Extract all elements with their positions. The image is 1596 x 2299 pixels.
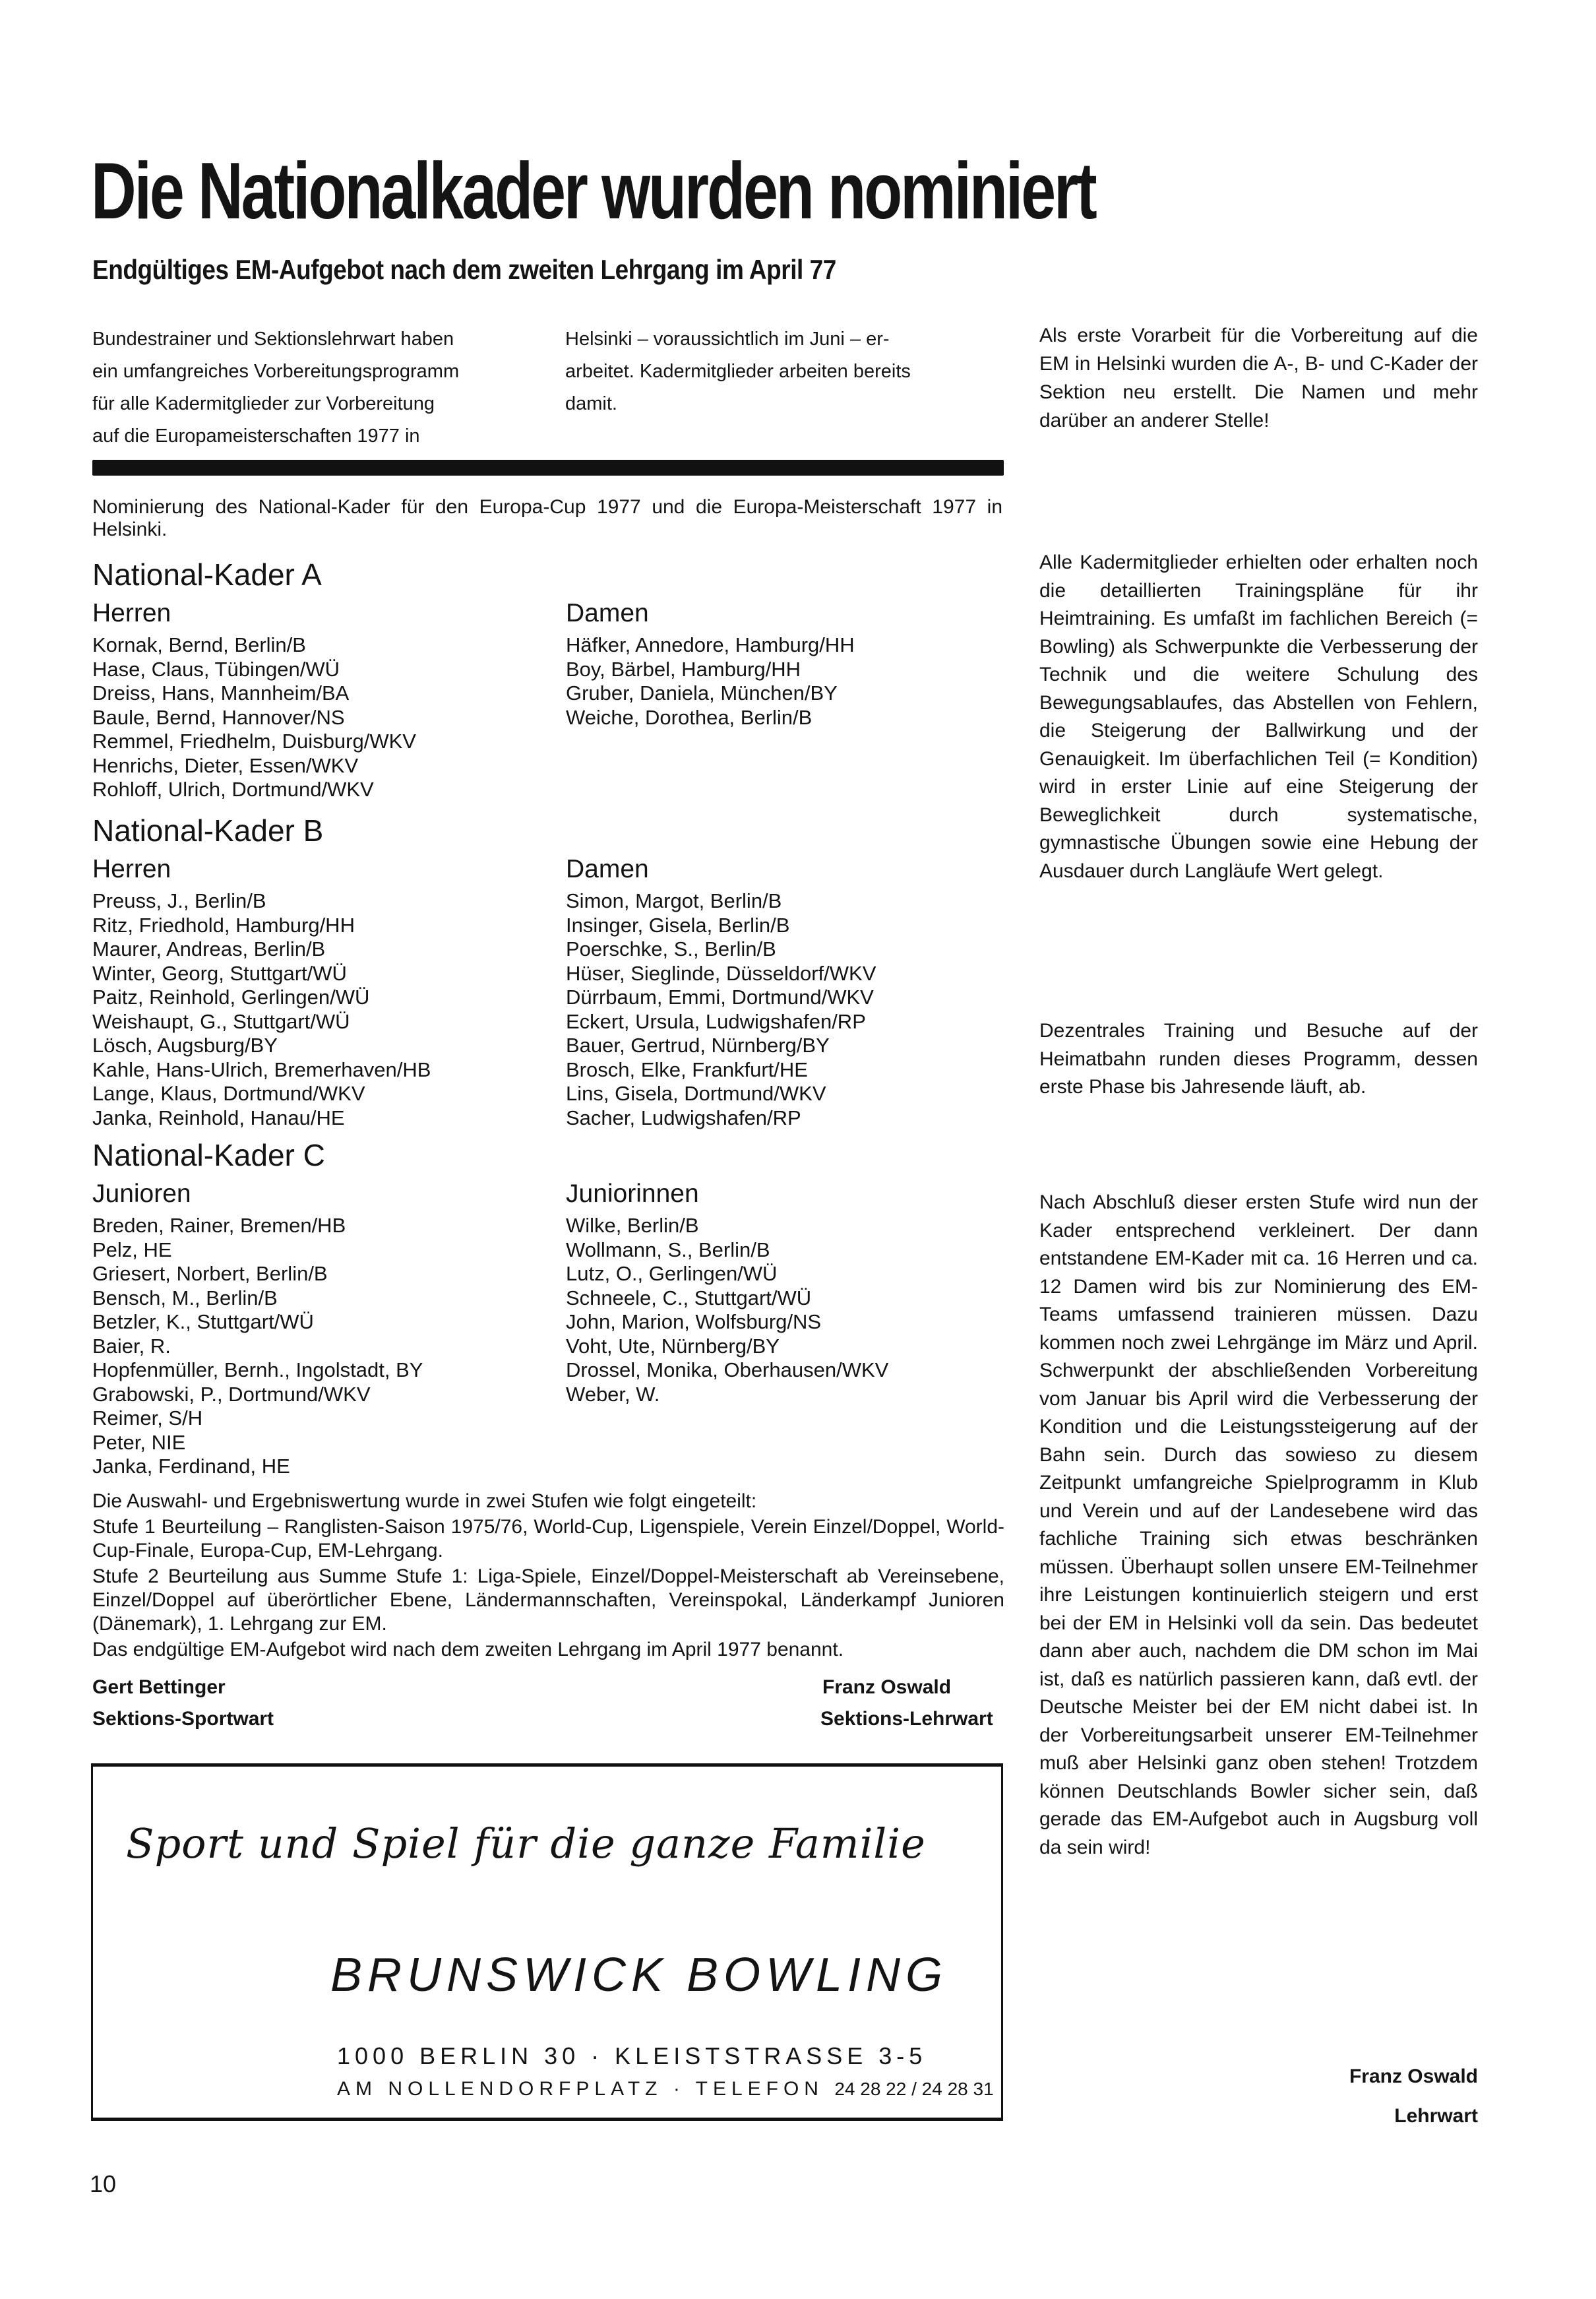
list-item: Hopfenmüller, Bernh., Ingolstadt, BY (92, 1358, 423, 1383)
signature-right-name: Franz Oswald (820, 1672, 993, 1703)
ad-slogan: Sport und Spiel für die ganze Familie (126, 1819, 926, 1868)
list-item: Wollmann, S., Berlin/B (566, 1238, 888, 1263)
list-item: Weishaupt, G., Stuttgart/WÜ (92, 1010, 431, 1034)
criteria-stufe-2: Stufe 2 Beurteilung aus Summe Stufe 1: L… (92, 1565, 1004, 1636)
criteria-stufe-1: Stufe 1 Beurteilung – Ranglisten-Saison … (92, 1515, 1004, 1563)
list-item: Maurer, Andreas, Berlin/B (92, 937, 431, 962)
kader-a-damen-list: Häfker, Annedore, Hamburg/HH Boy, Bärbel… (566, 633, 855, 730)
list-item: Dreiss, Hans, Mannheim/BA (92, 681, 416, 706)
list-item: Grabowski, P., Dortmund/WKV (92, 1383, 423, 1407)
right-column-para-3: Nach Abschluß dieser ersten Stufe wird n… (1039, 1189, 1478, 1862)
intro-line: ein umfangreiches Vorbereitungsprogramm (92, 356, 538, 388)
intro-line: damit. (565, 388, 1006, 420)
kader-a-herren-list: Kornak, Bernd, Berlin/B Hase, Claus, Tüb… (92, 633, 416, 802)
list-item: Weber, W. (566, 1383, 888, 1407)
page-number: 10 (90, 2170, 116, 2198)
kader-a-herren-heading: Herren (92, 600, 171, 626)
signature-left-name: Gert Bettinger (92, 1672, 274, 1703)
list-item: Simon, Margot, Berlin/B (566, 889, 876, 914)
subheadline: Endgültiges EM-Aufgebot nach dem zweiten… (92, 256, 836, 284)
right-column-text-2: Dezentrales Training und Besuche auf der… (1039, 1017, 1478, 1102)
kader-b-damen-list: Simon, Margot, Berlin/B Insinger, Gisela… (566, 889, 876, 1130)
list-item: Voht, Ute, Nürnberg/BY (566, 1335, 888, 1359)
kader-b-damen-heading: Damen (566, 856, 649, 882)
intro-line: Helsinki – voraussichtlich im Juni – er- (565, 323, 1006, 356)
kader-a-title: National-Kader A (92, 559, 322, 590)
right-column-text-1: Alle Kadermitglieder erhielten oder erha… (1039, 549, 1478, 885)
kader-c-title: National-Kader C (92, 1140, 325, 1170)
signature-right-role: Sektions-Lehrwart (820, 1703, 993, 1735)
list-item: Brosch, Elke, Frankfurt/HE (566, 1058, 876, 1083)
kader-c-junioren-heading: Junioren (92, 1181, 191, 1207)
list-item: Eckert, Ursula, Ludwigshafen/RP (566, 1010, 876, 1034)
intro-line: Bundestrainer und Sektionslehrwart haben (92, 323, 538, 356)
list-item: Dürrbaum, Emmi, Dortmund/WKV (566, 986, 876, 1010)
kader-a-damen-heading: Damen (566, 600, 649, 626)
intro-column-2: Helsinki – voraussichtlich im Juni – er-… (565, 323, 1006, 420)
list-item: Hüser, Sieglinde, Düsseldorf/WKV (566, 962, 876, 986)
list-item: Janka, Ferdinand, HE (92, 1455, 423, 1479)
right-column-para-1: Alle Kadermitglieder erhielten oder erha… (1039, 549, 1478, 885)
headline: Die Nationalkader wurden nominiert (91, 150, 1095, 231)
right-signature-role: Lehrwart (1039, 2096, 1478, 2136)
right-column-text-3: Nach Abschluß dieser ersten Stufe wird n… (1039, 1189, 1478, 1862)
list-item: Preuss, J., Berlin/B (92, 889, 431, 914)
list-item: Sacher, Ludwigshafen/RP (566, 1106, 876, 1131)
list-item: Gruber, Daniela, München/BY (566, 681, 855, 706)
list-item: Reimer, S/H (92, 1406, 423, 1431)
intro-column-1: Bundestrainer und Sektionslehrwart haben… (92, 323, 538, 453)
list-item: Rohloff, Ulrich, Dortmund/WKV (92, 778, 416, 802)
kader-b-herren-list: Preuss, J., Berlin/B Ritz, Friedhold, Ha… (92, 889, 431, 1130)
signature-left: Gert Bettinger Sektions-Sportwart (92, 1672, 274, 1735)
selection-criteria: Die Auswahl- und Ergebniswertung wurde i… (92, 1490, 1004, 1664)
list-item: Baier, R. (92, 1335, 423, 1359)
ad-address-line-2: AM NOLLENDORFPLATZ · TELEFON 24 28 22 / … (337, 2078, 994, 2100)
list-item: Weiche, Dorothea, Berlin/B (566, 706, 855, 730)
intro-right-text: Als erste Vorarbeit für die Vorbereitung… (1039, 321, 1478, 435)
list-item: Boy, Bärbel, Hamburg/HH (566, 658, 855, 682)
kader-c-juniorinnen-list: Wilke, Berlin/B Wollmann, S., Berlin/B L… (566, 1214, 888, 1406)
list-item: Janka, Reinhold, Hanau/HE (92, 1106, 431, 1131)
list-item: Peter, NIE (92, 1431, 423, 1455)
list-item: Breden, Rainer, Bremen/HB (92, 1214, 423, 1238)
list-item: Schneele, C., Stuttgart/WÜ (566, 1286, 888, 1311)
list-item: Remmel, Friedhelm, Duisburg/WKV (92, 730, 416, 754)
list-item: Wilke, Berlin/B (566, 1214, 888, 1238)
ad-address-line-1: 1000 BERLIN 30 · KLEISTSTRASSE 3-5 (337, 2042, 927, 2070)
criteria-intro: Die Auswahl- und Ergebniswertung wurde i… (92, 1490, 1004, 1513)
kader-c-juniorinnen-heading: Juniorinnen (566, 1181, 699, 1207)
intro-line: für alle Kadermitglieder zur Vorbereitun… (92, 388, 538, 420)
intro-line: auf die Europameisterschaften 1977 in (92, 420, 538, 453)
list-item: Lange, Klaus, Dortmund/WKV (92, 1082, 431, 1106)
list-item: Lutz, O., Gerlingen/WÜ (566, 1262, 888, 1286)
list-item: Poerschke, S., Berlin/B (566, 937, 876, 962)
list-item: Lösch, Augsburg/BY (92, 1034, 431, 1058)
kader-b-title: National-Kader B (92, 815, 323, 846)
ad-address-text: AM NOLLENDORFPLATZ · TELEFON (337, 2078, 824, 2100)
list-item: Henrichs, Dieter, Essen/WKV (92, 754, 416, 778)
list-item: Paitz, Reinhold, Gerlingen/WÜ (92, 986, 431, 1010)
list-item: Bauer, Gertrud, Nürnberg/BY (566, 1034, 876, 1058)
signature-right: Franz Oswald Sektions-Lehrwart (820, 1672, 993, 1735)
divider-bar (92, 460, 1004, 476)
list-item: Lins, Gisela, Dortmund/WKV (566, 1082, 876, 1106)
signature-left-role: Sektions-Sportwart (92, 1703, 274, 1735)
list-item: Insinger, Gisela, Berlin/B (566, 914, 876, 938)
list-item: Kornak, Bernd, Berlin/B (92, 633, 416, 658)
list-item: Häfker, Annedore, Hamburg/HH (566, 633, 855, 658)
list-item: Betzler, K., Stuttgart/WÜ (92, 1310, 423, 1335)
brunswick-advertisement: Sport und Spiel für die ganze Familie BR… (91, 1763, 1003, 2121)
right-signature-name: Franz Oswald (1039, 2057, 1478, 2096)
ad-brand: BRUNSWICK BOWLING (330, 1948, 948, 2002)
list-item: Winter, Georg, Stuttgart/WÜ (92, 962, 431, 986)
intro-right-paragraph: Als erste Vorarbeit für die Vorbereitung… (1039, 321, 1478, 435)
intro-line: arbeitet. Kadermitglieder arbeiten berei… (565, 356, 1006, 388)
criteria-final: Das endgültige EM-Aufgebot wird nach dem… (92, 1638, 1004, 1662)
kader-b-herren-heading: Herren (92, 856, 171, 882)
nomination-text: Nominierung des National-Kader für den E… (92, 496, 1002, 541)
list-item: Kahle, Hans-Ulrich, Bremerhaven/HB (92, 1058, 431, 1083)
kader-c-junioren-list: Breden, Rainer, Bremen/HB Pelz, HE Gries… (92, 1214, 423, 1479)
ad-phone: 24 28 22 / 24 28 31 (834, 2079, 993, 2099)
list-item: Pelz, HE (92, 1238, 423, 1263)
list-item: Bensch, M., Berlin/B (92, 1286, 423, 1311)
right-column-para-2: Dezentrales Training und Besuche auf der… (1039, 1017, 1478, 1102)
list-item: Hase, Claus, Tübingen/WÜ (92, 658, 416, 682)
list-item: Drossel, Monika, Oberhausen/WKV (566, 1358, 888, 1383)
list-item: John, Marion, Wolfsburg/NS (566, 1310, 888, 1335)
list-item: Griesert, Norbert, Berlin/B (92, 1262, 423, 1286)
right-column-signature: Franz Oswald Lehrwart (1039, 2057, 1478, 2136)
list-item: Baule, Bernd, Hannover/NS (92, 706, 416, 730)
list-item: Ritz, Friedhold, Hamburg/HH (92, 914, 431, 938)
